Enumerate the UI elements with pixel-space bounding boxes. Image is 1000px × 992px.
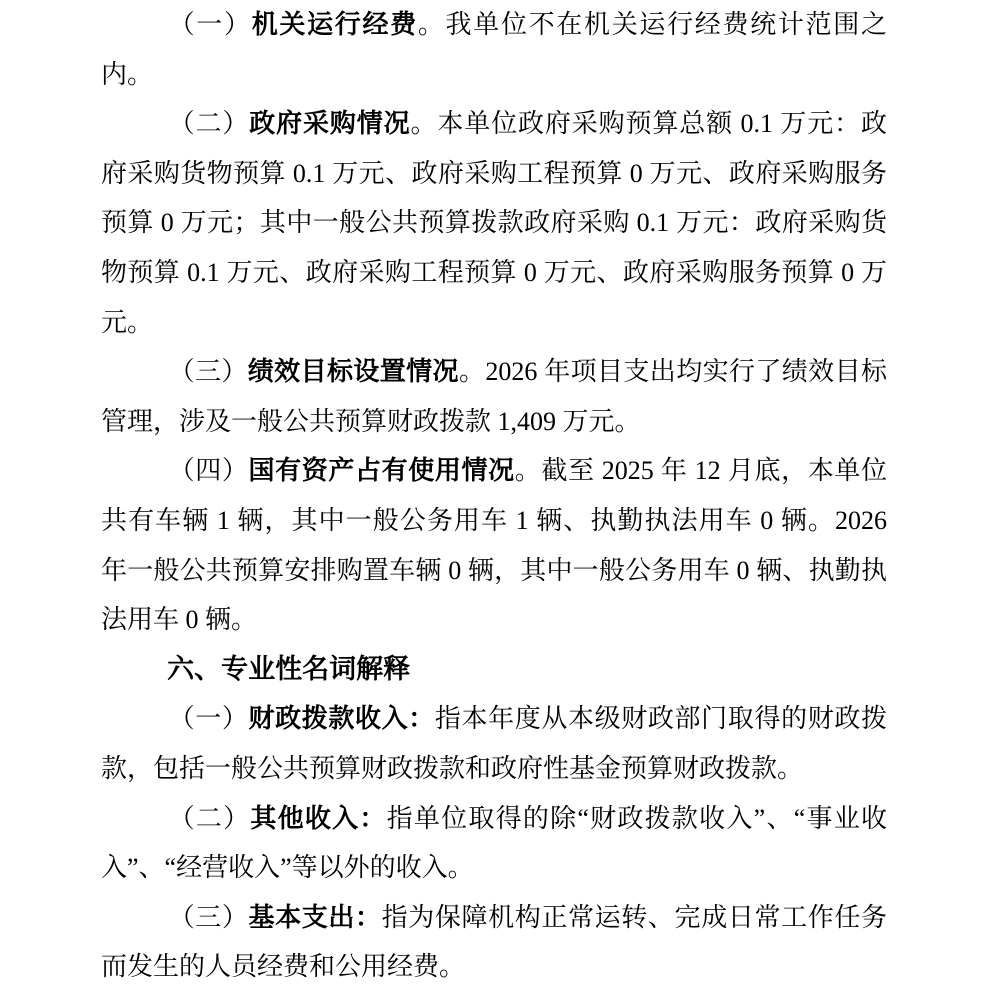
paragraph-text: 。本单位政府采购预算总额 0.1 万元：政府采购货物预算 0.1 万元、政府采购…: [101, 109, 887, 336]
document-paragraph: （二）其他收入：指单位取得的除“财政拨款收入”、“事业收入”、“经营收入”等以外…: [101, 794, 887, 893]
emphasized-term: 基本支出：: [248, 903, 381, 932]
section-heading: 六、专业性名词解释: [101, 645, 887, 695]
document-paragraph: （一）财政拨款收入：指本年度从本级财政部门取得的财政拨款，包括一般公共预算财政拨…: [101, 694, 887, 793]
document-paragraph: （三）绩效目标设置情况。2026 年项目支出均实行了绩效目标管理，涉及一般公共预…: [101, 347, 887, 446]
paragraph-text: （三）: [169, 903, 249, 932]
paragraph-text: （一）: [169, 704, 249, 733]
document-body: （一）机关运行经费。我单位不在机关运行经费统计范围之内。（二）政府采购情况。本单…: [101, 0, 887, 992]
emphasized-term: 绩效目标设置情况: [248, 357, 459, 386]
document-paragraph: （三）基本支出：指为保障机构正常运转、完成日常工作任务而发生的人员经费和公用经费…: [101, 893, 887, 992]
document-paragraph: （一）机关运行经费。我单位不在机关运行经费统计范围之内。: [101, 0, 887, 99]
document-paragraph: （二）政府采购情况。本单位政府采购预算总额 0.1 万元：政府采购货物预算 0.…: [101, 99, 887, 347]
emphasized-term: 政府采购情况: [249, 109, 410, 138]
emphasized-term: 其他收入：: [250, 804, 386, 833]
emphasized-term: 财政拨款收入：: [248, 704, 434, 733]
paragraph-text: （三）: [169, 357, 248, 386]
paragraph-text: （一）: [169, 10, 252, 39]
document-page: （一）机关运行经费。我单位不在机关运行经费统计范围之内。（二）政府采购情况。本单…: [0, 0, 1000, 992]
paragraph-text: （二）: [169, 109, 250, 138]
paragraph-text: （四）: [169, 456, 249, 485]
emphasized-term: 六、专业性名词解释: [167, 654, 410, 684]
document-paragraph: （四）国有资产占有使用情况。截至 2025 年 12 月底，本单位共有车辆 1 …: [101, 446, 887, 644]
paragraph-text: （二）: [169, 804, 251, 833]
emphasized-term: 机关运行经费: [252, 10, 418, 39]
emphasized-term: 国有资产占有使用情况: [248, 456, 514, 485]
